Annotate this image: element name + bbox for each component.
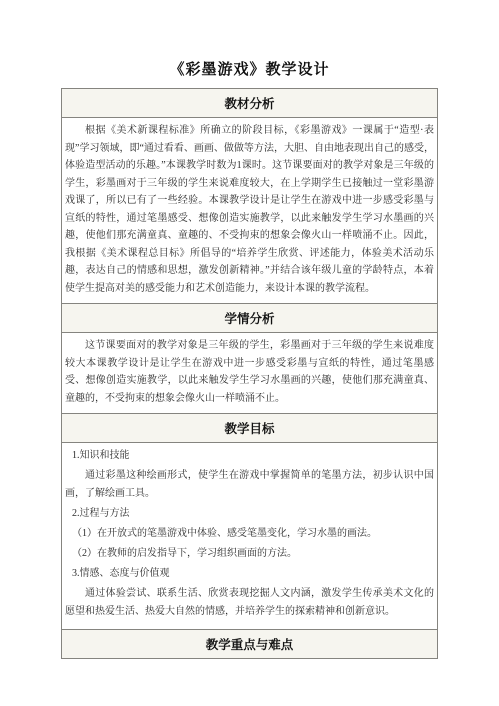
objective-item-emotion-values: 3.情感、态度与价值观: [65, 565, 434, 583]
table-row: 教学目标: [62, 414, 438, 443]
document-page: 《彩墨游戏》教学设计 教材分析 根据《美术新课程标准》所确立的阶段目标，《彩墨游…: [0, 0, 499, 659]
table-row: 1.知识和技能 通过彩墨这种绘画形式，使学生在游戏中掌握简单的笔墨方法，初步认识…: [62, 443, 438, 630]
objective-item-process-method: 2.过程与方法: [65, 505, 434, 523]
table-row: 学情分析: [62, 304, 438, 333]
paragraph: 通过彩墨这种绘画形式，使学生在游戏中掌握简单的笔墨方法，初步认识中国画，了解绘画…: [65, 467, 434, 503]
document-title: 《彩墨游戏》教学设计: [0, 0, 499, 79]
section-header-key-points: 教学重点与难点: [62, 630, 438, 659]
section-header-learner-analysis: 学情分析: [62, 304, 438, 333]
teaching-design-table: 教材分析 根据《美术新课程标准》所确立的阶段目标，《彩墨游戏》一课属于“造型·表…: [61, 88, 438, 659]
section-header-teaching-objectives: 教学目标: [62, 414, 438, 443]
table-row: 教材分析: [62, 89, 438, 118]
table-row: 教学重点与难点: [62, 630, 438, 659]
section-body-material-analysis: 根据《美术新课程标准》所确立的阶段目标，《彩墨游戏》一课属于“造型·表现”学习领…: [62, 118, 438, 304]
table-row: 根据《美术新课程标准》所确立的阶段目标，《彩墨游戏》一课属于“造型·表现”学习领…: [62, 118, 438, 304]
table-row: 这节课要面对的教学对象是三年级的学生，彩墨画对于三年级的学生来说难度较大本课教学…: [62, 333, 438, 414]
section-body-learner-analysis: 这节课要面对的教学对象是三年级的学生，彩墨画对于三年级的学生来说难度较大本课教学…: [62, 333, 438, 414]
section-body-teaching-objectives: 1.知识和技能 通过彩墨这种绘画形式，使学生在游戏中掌握简单的笔墨方法，初步认识…: [62, 443, 438, 630]
objective-subitem-2: （2）在教师的启发指导下，学习组织画面的方法。: [65, 545, 434, 563]
objective-subitem-1: （1）在开放式的笔墨游戏中体验、感受笔墨变化，学习水墨的画法。: [65, 525, 434, 543]
paragraph: 通过体验尝试、联系生活、欣赏表现挖掘人文内涵，激发学生传承美术文化的愿望和热爱生…: [65, 585, 434, 621]
section-header-material-analysis: 教材分析: [62, 89, 438, 118]
paragraph: 根据《美术新课程标准》所确立的阶段目标，《彩墨游戏》一课属于“造型·表现”学习领…: [65, 122, 434, 297]
objective-item-knowledge-skills: 1.知识和技能: [65, 447, 434, 465]
paragraph: 这节课要面对的教学对象是三年级的学生，彩墨画对于三年级的学生来说难度较大本课教学…: [65, 337, 434, 407]
